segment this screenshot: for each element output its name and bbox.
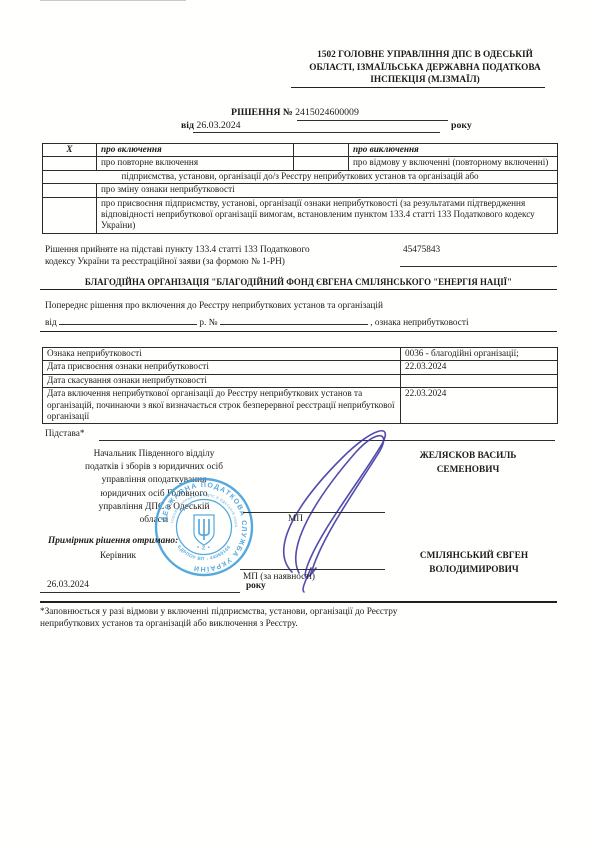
table-row: Дата включення неприбуткової організації… — [43, 388, 558, 424]
attr-label: Дата включення неприбуткової організації… — [43, 388, 401, 424]
prev-rno-label: р. № — [199, 318, 217, 328]
exclude-label-cell: про виключення — [349, 144, 558, 157]
options-table-wrap: X про включення про виключення про повто… — [42, 143, 558, 234]
include-mark-cell: X — [43, 144, 97, 157]
reinclude-label-cell: про повторне включення — [97, 157, 294, 170]
official-title-line: податків і зборів з юридичних осіб — [48, 461, 260, 474]
change-mark-cell — [43, 184, 97, 197]
recipient-name-line: ВОЛОДИМИРОВИЧ — [403, 563, 545, 577]
refuse-label-cell: про відмову у включенні (повторному вклю… — [349, 157, 558, 170]
prev-from-label: від — [45, 318, 57, 328]
basis-line: кодексу України та реєстраційної заяви (… — [45, 257, 410, 269]
decision-number-underline — [297, 120, 448, 121]
previous-decision-line1: Попереднє рішення про включення до Реєст… — [45, 301, 557, 313]
copy-received-label: Примірник рішення отримано: — [48, 536, 178, 548]
letterhead-line: ІНСПЕКЦІЯ (М.ІЗМАЇЛ) — [283, 74, 567, 87]
basis-line: Рішення прийняте на підставі пункту 133.… — [45, 245, 410, 257]
letterhead-line: ОБЛАСТІ, ІЗМАЇЛЬСЬКА ДЕРЖАВНА ПОДАТКОВА — [283, 62, 567, 75]
received-date-underline — [40, 592, 240, 593]
options-row-1: X про включення про виключення — [43, 144, 558, 157]
decision-from-label: від — [181, 120, 194, 131]
options-row-4: про зміну ознаки неприбутковості — [43, 184, 558, 197]
decision-title: РІШЕННЯ № — [231, 107, 293, 118]
attr-value: 22.03.2024 — [401, 361, 558, 374]
trident-icon — [199, 519, 209, 540]
organization-name: БЛАГОДІЙНА ОРГАНІЗАЦІЯ "БЛАГОДІЙНИЙ ФОНД… — [40, 277, 557, 290]
decision-date-underline — [193, 132, 440, 133]
options-table: X про включення про виключення про повто… — [42, 143, 558, 234]
tax-office-stamp: ДЕРЖАВНА ПОДАТКОВА СЛУЖБА УКРАЇНИ ГОЛОВН… — [152, 475, 256, 579]
attributes-table-wrap: Ознака неприбутковості 0036 - благодійні… — [42, 347, 558, 424]
options-row-5: про присвоєння підприємству, установі, о… — [43, 197, 558, 233]
assign-mark-cell — [43, 197, 97, 233]
decision-date-row: від 26.03.2024 — [181, 120, 241, 131]
mp-line-1 — [243, 512, 385, 513]
prev-number-blank — [220, 314, 368, 325]
options-row-2: про повторне включення про відмову у вкл… — [43, 157, 558, 170]
basis-field-label: Підстава* — [45, 429, 85, 441]
attr-value — [401, 374, 558, 387]
options-row-3: підприємства, установи, організації до/з… — [43, 170, 558, 183]
include-label-cell: про включення — [97, 144, 294, 157]
decision-title-row: РІШЕННЯ № 2415024600009 — [231, 107, 359, 118]
prev-suffix: , ознака неприбутковості — [370, 318, 468, 328]
received-date: 26.03.2024 — [47, 580, 89, 592]
scan-edge-artifact — [40, 0, 186, 1]
decision-date: 26.03.2024 — [196, 120, 240, 131]
footnote-line: неприбуткових установ та організацій або… — [40, 618, 557, 630]
footnote: *Заповнюється у разі відмови у включенні… — [40, 601, 557, 630]
previous-decision-line2: від р. № , ознака неприбутковості — [45, 314, 557, 330]
attr-value: 0036 - благодійні організації; — [401, 348, 558, 361]
attr-label: Дата скасування ознаки неприбутковості — [43, 374, 401, 387]
table-row: Ознака неприбутковості 0036 - благодійні… — [43, 348, 558, 361]
table-row: Дата скасування ознаки неприбутковості — [43, 374, 558, 387]
basis-code-underline — [400, 266, 557, 267]
exclude-mark-cell — [294, 144, 349, 157]
basis-paragraph: Рішення прийняте на підставі пункту 133.… — [45, 245, 410, 268]
mp-line-2 — [240, 569, 385, 570]
scope-cell: підприємства, установи, організації до/з… — [43, 170, 558, 183]
assign-label-cell: про присвоєння підприємству, установі, о… — [97, 197, 558, 233]
letterhead: 1502 ГОЛОВНЕ УПРАВЛІННЯ ДПС В ОДЕСЬКІЙ О… — [283, 49, 567, 87]
attr-value: 22.03.2024 — [401, 388, 558, 424]
attr-label: Дата присвоєння ознаки неприбутковості — [43, 361, 401, 374]
prev-date-blank — [59, 314, 197, 325]
attr-label: Ознака неприбутковості — [43, 348, 401, 361]
footnote-line: *Заповнюється у разі відмови у включенні… — [40, 606, 557, 618]
document-page: 1502 ГОЛОВНЕ УПРАВЛІННЯ ДПС В ОДЕСЬКІЙ О… — [0, 0, 595, 842]
recipient-name-line: СМІЛЯНСЬКИЙ ЄВГЕН — [403, 549, 545, 563]
basis-code: 45475843 — [403, 245, 440, 257]
decision-year-label: року — [451, 120, 472, 131]
table-row: Дата присвоєння ознаки неприбутковості 2… — [43, 361, 558, 374]
received-year-label: року — [246, 581, 266, 593]
decision-number: 2415024600009 — [295, 107, 359, 118]
reinclude-mark-cell — [43, 157, 97, 170]
official-title-line: Начальник Південного відділу — [48, 448, 260, 461]
section-divider-line — [40, 331, 557, 332]
letterhead-line: 1502 ГОЛОВНЕ УПРАВЛІННЯ ДПС В ОДЕСЬКІЙ — [283, 49, 567, 62]
head-label: Керівник — [100, 551, 136, 563]
recipient-name: СМІЛЯНСЬКИЙ ЄВГЕН ВОЛОДИМИРОВИЧ — [403, 549, 545, 577]
change-label-cell: про зміну ознаки неприбутковості — [97, 184, 558, 197]
refuse-mark-cell — [294, 157, 349, 170]
mp-label-1: МП — [288, 514, 303, 526]
attributes-table: Ознака неприбутковості 0036 - благодійні… — [42, 347, 558, 424]
letterhead-underline — [291, 87, 545, 88]
